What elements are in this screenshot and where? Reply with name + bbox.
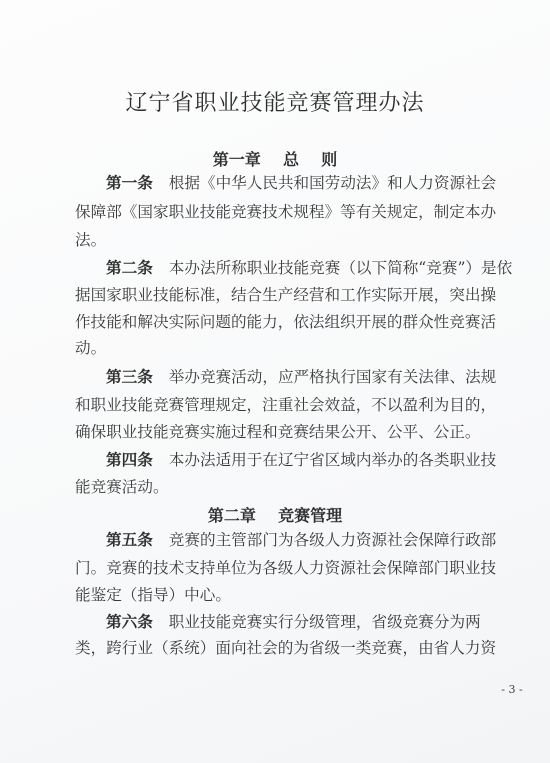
article-5-line-2: 门。竞赛的技术支持单位为各级人力资源社会保障部门职业技 [75,558,475,578]
article-2-line-3: 作技能和解决实际问题的能力，依法组织开展的群众性竞赛活 [75,312,475,332]
document-title: 辽宁省职业技能竞赛管理办法 [0,86,550,117]
article-text: 举办竞赛活动，应严格执行国家有关法律、法规 [169,368,496,386]
article-5-line-1: 第五条竞赛的主管部门为各级人力资源社会保障行政部 [106,530,475,550]
article-6-line-1: 第六条职业技能竞赛实行分级管理，省级竞赛分为两 [106,612,475,632]
article-label: 第五条 [106,531,153,549]
article-3-line-1: 第三条举办竞赛活动，应严格执行国家有关法律、法规 [106,367,475,387]
chapter-heading: 第二章 竞赛管理 [0,503,550,526]
article-text: 本办法适用于在辽宁省区域内举办的各类职业技 [169,451,496,469]
article-label: 第三条 [106,368,153,386]
article-label: 第一条 [106,174,153,192]
article-label: 第二条 [106,259,153,277]
article-1-line-2: 保障部《国家职业技能竞赛技术规程》等有关规定，制定本办 [75,202,475,222]
article-3-line-3: 确保职业技能竞赛实施过程和竞赛结果公开、公平、公正。 [75,422,475,442]
article-text: 职业技能竞赛实行分级管理，省级竞赛分为两 [169,613,481,631]
article-1-line-3: 法。 [75,230,475,250]
article-2-line-4: 动。 [75,338,475,358]
article-4-line-2: 能竞赛活动。 [75,477,475,497]
article-text: 竞赛的主管部门为各级人力资源社会保障行政部 [169,531,496,549]
article-5-line-3: 能鉴定（指导）中心。 [75,585,475,605]
article-1-line-1: 第一条根据《中华人民共和国劳动法》和人力资源社会 [106,173,475,193]
article-text: 根据《中华人民共和国劳动法》和人力资源社会 [169,174,496,192]
article-3-line-2: 和职业技能竞赛管理规定，注重社会效益，不以盈利为目的， [75,395,475,415]
article-2-line-1: 第二条本办法所称职业技能竞赛（以下简称“竞赛”）是依 [106,258,475,278]
article-label: 第四条 [106,451,153,469]
article-2-line-2: 据国家职业技能标准，结合生产经营和工作实际开展，突出操 [75,285,475,305]
article-6-line-2: 类，跨行业（系统）面向社会的为省级一类竞赛，由省人力资 [75,638,475,658]
document-page: 辽宁省职业技能竞赛管理办法 第一章 总 则 第一条根据《中华人民共和国劳动法》和… [0,0,550,763]
page-number: - 3 - [492,683,532,696]
article-label: 第六条 [106,613,153,631]
chapter-heading: 第一章 总 则 [0,147,550,170]
article-4-line-1: 第四条本办法适用于在辽宁省区域内举办的各类职业技 [106,450,475,470]
article-text: 本办法所称职业技能竞赛（以下简称“竞赛”）是依 [169,259,512,277]
